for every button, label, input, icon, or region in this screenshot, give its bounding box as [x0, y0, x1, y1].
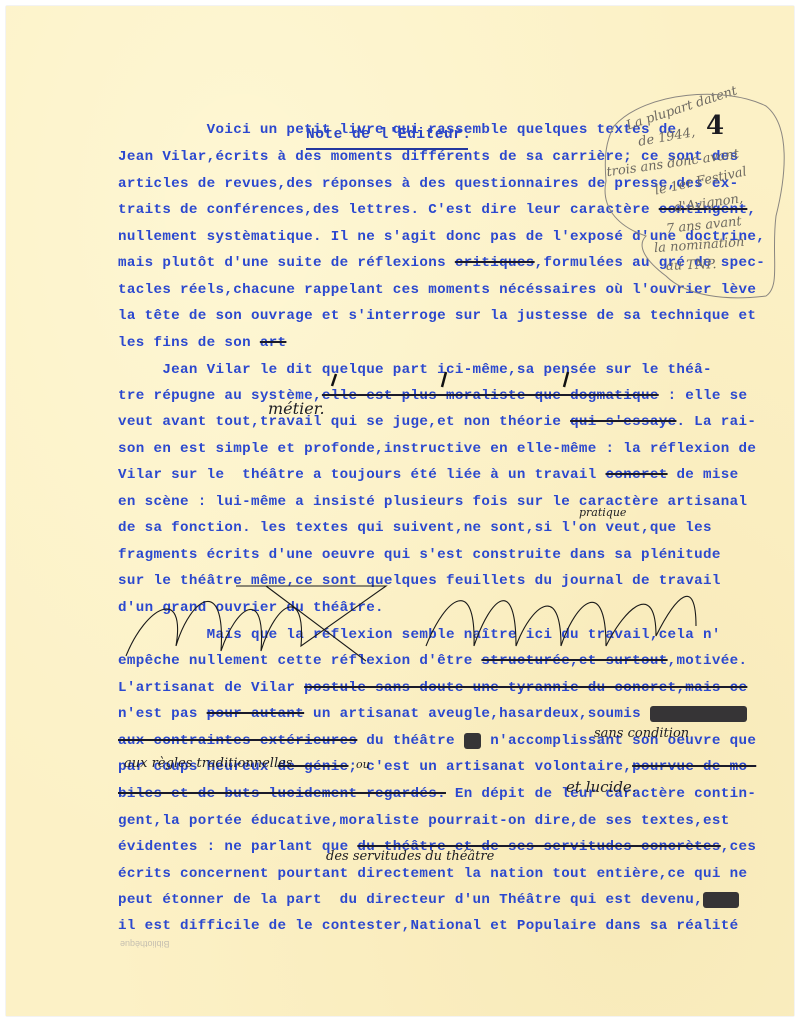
- typed-line: L'artisanat de Vilar postule sans doute …: [118, 680, 747, 696]
- typed-line: tre répugne au système,elle est plus mor…: [118, 388, 747, 404]
- typed-line: biles et de buts lucidement regardés. En…: [118, 786, 756, 802]
- typed-line: son en est simple et profonde,instructiv…: [118, 441, 756, 457]
- annotation-sans-condition: sans condition: [594, 726, 689, 741]
- typed-line: n'est pas pour autant un artisanat aveug…: [118, 706, 747, 722]
- typed-line: d'un grand ouvrier du théâtre.: [118, 600, 384, 616]
- typed-line: empêche nullement cette réflexion d'être…: [118, 653, 747, 669]
- zigzag-crossout: [126, 586, 696, 661]
- typed-line: il est difficile de le contester,Nationa…: [118, 918, 738, 934]
- document-page: Note de l'Editeur. Voici un petit livre …: [6, 6, 794, 1016]
- typed-line: Voici un petit livre qui rassemble quelq…: [118, 122, 676, 138]
- typed-line: tacles réels,chacune rappelant ces momen…: [118, 282, 756, 298]
- typed-line: articles de revues,des réponses à des qu…: [118, 176, 738, 192]
- annotation-et-lucide: et lucide.: [566, 778, 637, 796]
- typed-line: veut avant tout,travail qui se juge,et n…: [118, 414, 756, 430]
- typed-line: en scène : lui-même a insisté plusieurs …: [118, 494, 747, 510]
- typed-line: les fins de son art: [118, 335, 286, 351]
- typed-line: traits de conférences,des lettres. C'est…: [118, 202, 756, 218]
- typed-line: sur le théâtre même,ce sont quelques feu…: [118, 573, 721, 589]
- typed-line: fragments écrits d'une oeuvre qui s'est …: [118, 547, 721, 563]
- typed-line: Mais que la réflexion semble naître ici …: [118, 627, 721, 643]
- annotation-ou: ou: [356, 758, 370, 771]
- typed-line: Vilar sur le théâtre a toujours été liée…: [118, 467, 739, 483]
- typed-line: Jean Vilar le dit quelque part ici-même,…: [118, 362, 712, 378]
- annotation-aux-regles: aux règles traditionnelles: [124, 756, 292, 771]
- typed-line: la tête de son ouvrage et s'interroge su…: [118, 308, 756, 324]
- page-number: 4: [706, 111, 724, 141]
- annotation-metier: métier.: [268, 399, 325, 418]
- pencil-note-line: au TNP.: [666, 257, 717, 274]
- typed-line: peut étonner de la part du directeur d'u…: [118, 892, 739, 908]
- annotation-pratique: pratique: [579, 506, 626, 519]
- typed-line: écrits concernent pourtant directement l…: [118, 866, 747, 882]
- library-stamp: Bibliothèque: [120, 939, 170, 949]
- typed-line: gent,la portée éducative,moraliste pourr…: [118, 813, 730, 829]
- typed-line: de sa fonction. les textes qui suivent,n…: [118, 520, 712, 536]
- annotation-des-servitudes: des servitudes du théâtre: [326, 849, 494, 864]
